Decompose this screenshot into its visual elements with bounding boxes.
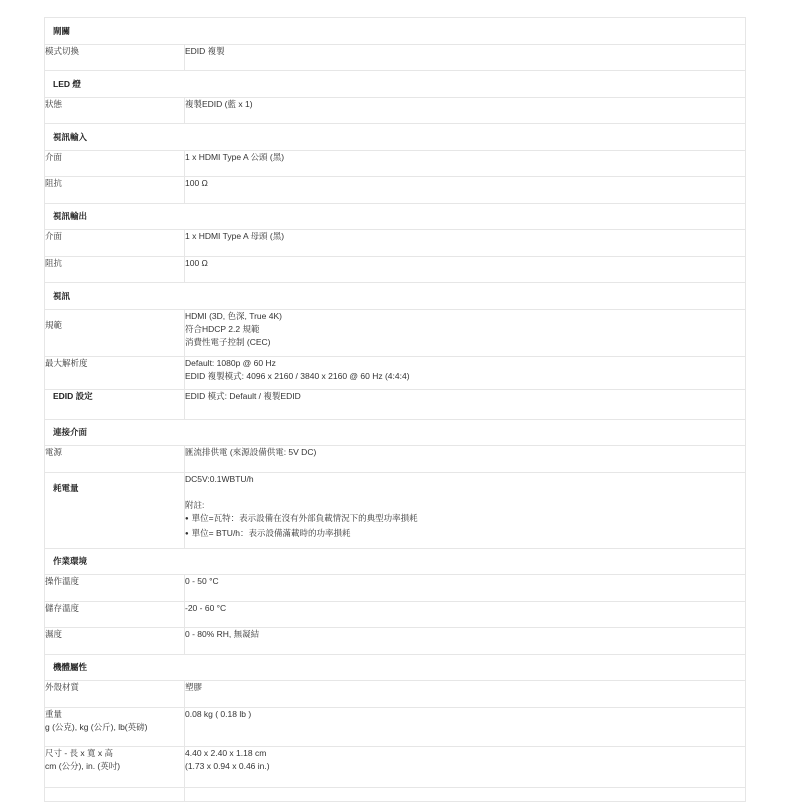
spacer	[185, 486, 745, 499]
spec-value: 100 Ω	[185, 256, 746, 283]
value-line: 1 x HDMI Type A 公頭 (黑)	[185, 151, 745, 164]
section-header-led: LED 燈	[45, 71, 746, 98]
spec-row-input-impedance: 阻抗 100 Ω	[45, 177, 746, 204]
spec-row-video-standard: 規範 HDMI (3D, 色深, True 4K) 符合HDCP 2.2 規範 …	[45, 309, 746, 356]
spec-value: Default: 1080p @ 60 Hz EDID 複製模式: 4096 x…	[185, 356, 746, 389]
label-unit-line: g (公克), kg (公斤), lb(英磅)	[45, 721, 184, 734]
spec-row-edid-setting: EDID 設定 EDID 模式: Default / 複製EDID	[45, 389, 746, 419]
label-unit-line: cm (公分), in. (英吋)	[45, 760, 184, 773]
spec-value-empty	[185, 787, 746, 800]
section-header-connection: 連接介面	[45, 419, 746, 446]
section-title: 視訊輸入	[45, 124, 746, 151]
spec-label: 模式切換	[45, 44, 185, 71]
spec-value: 1 x HDMI Type A 公頭 (黑)	[185, 150, 746, 177]
spec-value: 複製EDID (藍 x 1)	[185, 97, 746, 124]
section-header-physical: 機體屬性	[45, 654, 746, 681]
spec-row-housing: 外殼材質 塑膠	[45, 681, 746, 708]
spec-row-input-interface: 介面 1 x HDMI Type A 公頭 (黑)	[45, 150, 746, 177]
value-line: DC5V:0.1WBTU/h	[185, 473, 745, 486]
value-line: (1.73 x 0.94 x 0.46 in.)	[185, 760, 745, 773]
section-header-switch: 閘關	[45, 18, 746, 45]
spec-label: 阻抗	[45, 177, 185, 204]
spec-value: -20 - 60 °C	[185, 601, 746, 628]
value-line: EDID 複製模式: 4096 x 2160 / 3840 x 2160 @ 6…	[185, 370, 745, 383]
label-line: 尺寸 - 長 x 寬 x 高	[45, 747, 184, 760]
spec-label-empty	[45, 787, 185, 800]
spec-label: 最大解析度	[45, 356, 185, 389]
spec-row-mode-switch: 模式切換 EDID 複製	[45, 44, 746, 71]
spec-row-weight: 重量 g (公克), kg (公斤), lb(英磅) 0.08 kg ( 0.1…	[45, 707, 746, 746]
note-item: 單位= BTU/h：表示設備滿載時的功率損耗	[185, 527, 745, 542]
spec-row-power-source: 電源 匯流排供電 (來源設備供電: 5V DC)	[45, 446, 746, 473]
spec-row-dimensions: 尺寸 - 長 x 寬 x 高 cm (公分), in. (英吋) 4.40 x …	[45, 746, 746, 787]
spec-value: DC5V:0.1WBTU/h 附註: 單位=瓦特：表示設備在沒有外部負載情況下的…	[185, 472, 746, 548]
spec-value: 0 - 50 °C	[185, 575, 746, 602]
section-title: 作業環境	[45, 548, 746, 575]
spec-row-output-impedance: 阻抗 100 Ω	[45, 256, 746, 283]
value-line: 100 Ω	[185, 177, 745, 190]
spec-row-max-resolution: 最大解析度 Default: 1080p @ 60 Hz EDID 複製模式: …	[45, 356, 746, 389]
spec-label: 規範	[45, 309, 185, 356]
spec-value: EDID 複製	[185, 44, 746, 71]
spec-row-output-interface: 介面 1 x HDMI Type A 母頭 (黑)	[45, 230, 746, 257]
spec-value: 100 Ω	[185, 177, 746, 204]
section-title: 視訊輸出	[45, 203, 746, 230]
section-title: 機體屬性	[45, 654, 746, 681]
value-line: 塑膠	[185, 681, 745, 694]
spec-row-storage-temp: 儲存溫度 -20 - 60 °C	[45, 601, 746, 628]
value-line: 匯流排供電 (來源設備供電: 5V DC)	[185, 446, 745, 459]
spec-value: 1 x HDMI Type A 母頭 (黑)	[185, 230, 746, 257]
spec-label: 外殼材質	[45, 681, 185, 708]
value-line: EDID 複製	[185, 45, 745, 58]
spec-label: 儲存溫度	[45, 601, 185, 628]
spec-row-cutoff	[45, 787, 746, 800]
spec-row-power-consumption: 耗電量 DC5V:0.1WBTU/h 附註: 單位=瓦特：表示設備在沒有外部負載…	[45, 472, 746, 548]
spec-value: 0 - 80% RH, 無凝結	[185, 628, 746, 655]
value-line: -20 - 60 °C	[185, 602, 745, 615]
spec-row-operating-temp: 操作溫度 0 - 50 °C	[45, 575, 746, 602]
spec-label: 尺寸 - 長 x 寬 x 高 cm (公分), in. (英吋)	[45, 746, 185, 787]
specifications-table: 閘關 模式切換 EDID 複製 LED 燈 狀態 複製EDID (藍 x 1) …	[44, 17, 746, 800]
spec-value: HDMI (3D, 色深, True 4K) 符合HDCP 2.2 規範 消費性…	[185, 309, 746, 356]
section-header-video: 視訊	[45, 283, 746, 310]
spec-label: 狀態	[45, 97, 185, 124]
spec-label: 濕度	[45, 628, 185, 655]
section-header-environment: 作業環境	[45, 548, 746, 575]
spec-value: 塑膠	[185, 681, 746, 708]
section-title: 連接介面	[45, 419, 746, 446]
value-line: 0 - 80% RH, 無凝結	[185, 628, 745, 641]
value-line: 符合HDCP 2.2 規範	[185, 323, 745, 336]
section-title: 閘關	[45, 18, 746, 45]
spec-value: 4.40 x 2.40 x 1.18 cm (1.73 x 0.94 x 0.4…	[185, 746, 746, 787]
note-item: 單位=瓦特：表示設備在沒有外部負載情況下的典型功率損耗	[185, 512, 745, 527]
spec-label: 耗電量	[45, 472, 185, 548]
value-line: 0.08 kg ( 0.18 lb )	[185, 708, 745, 721]
value-line: HDMI (3D, 色深, True 4K)	[185, 310, 745, 323]
spec-label: EDID 設定	[45, 389, 185, 419]
label-line: 重量	[45, 708, 184, 721]
spec-value: 0.08 kg ( 0.18 lb )	[185, 707, 746, 746]
value-line: EDID 模式: Default / 複製EDID	[185, 390, 745, 403]
spec-row-led-status: 狀態 複製EDID (藍 x 1)	[45, 97, 746, 124]
value-line: 4.40 x 2.40 x 1.18 cm	[185, 747, 745, 760]
spec-row-humidity: 濕度 0 - 80% RH, 無凝結	[45, 628, 746, 655]
value-line: 0 - 50 °C	[185, 575, 745, 588]
spec-label: 電源	[45, 446, 185, 473]
spec-label: 操作溫度	[45, 575, 185, 602]
value-line: Default: 1080p @ 60 Hz	[185, 357, 745, 370]
spec-label: 介面	[45, 150, 185, 177]
value-line: 100 Ω	[185, 257, 745, 270]
value-line: 消費性電子控制 (CEC)	[185, 336, 745, 349]
spec-label: 重量 g (公克), kg (公斤), lb(英磅)	[45, 707, 185, 746]
spec-value: EDID 模式: Default / 複製EDID	[185, 389, 746, 419]
section-title: 視訊	[45, 283, 746, 310]
section-header-video-input: 視訊輸入	[45, 124, 746, 151]
spec-label: 介面	[45, 230, 185, 257]
spec-label: 阻抗	[45, 256, 185, 283]
value-line: 複製EDID (藍 x 1)	[185, 98, 745, 111]
value-line: 1 x HDMI Type A 母頭 (黑)	[185, 230, 745, 243]
section-header-video-output: 視訊輸出	[45, 203, 746, 230]
spec-value: 匯流排供電 (來源設備供電: 5V DC)	[185, 446, 746, 473]
section-title: LED 燈	[45, 71, 746, 98]
note-title: 附註:	[185, 499, 745, 512]
